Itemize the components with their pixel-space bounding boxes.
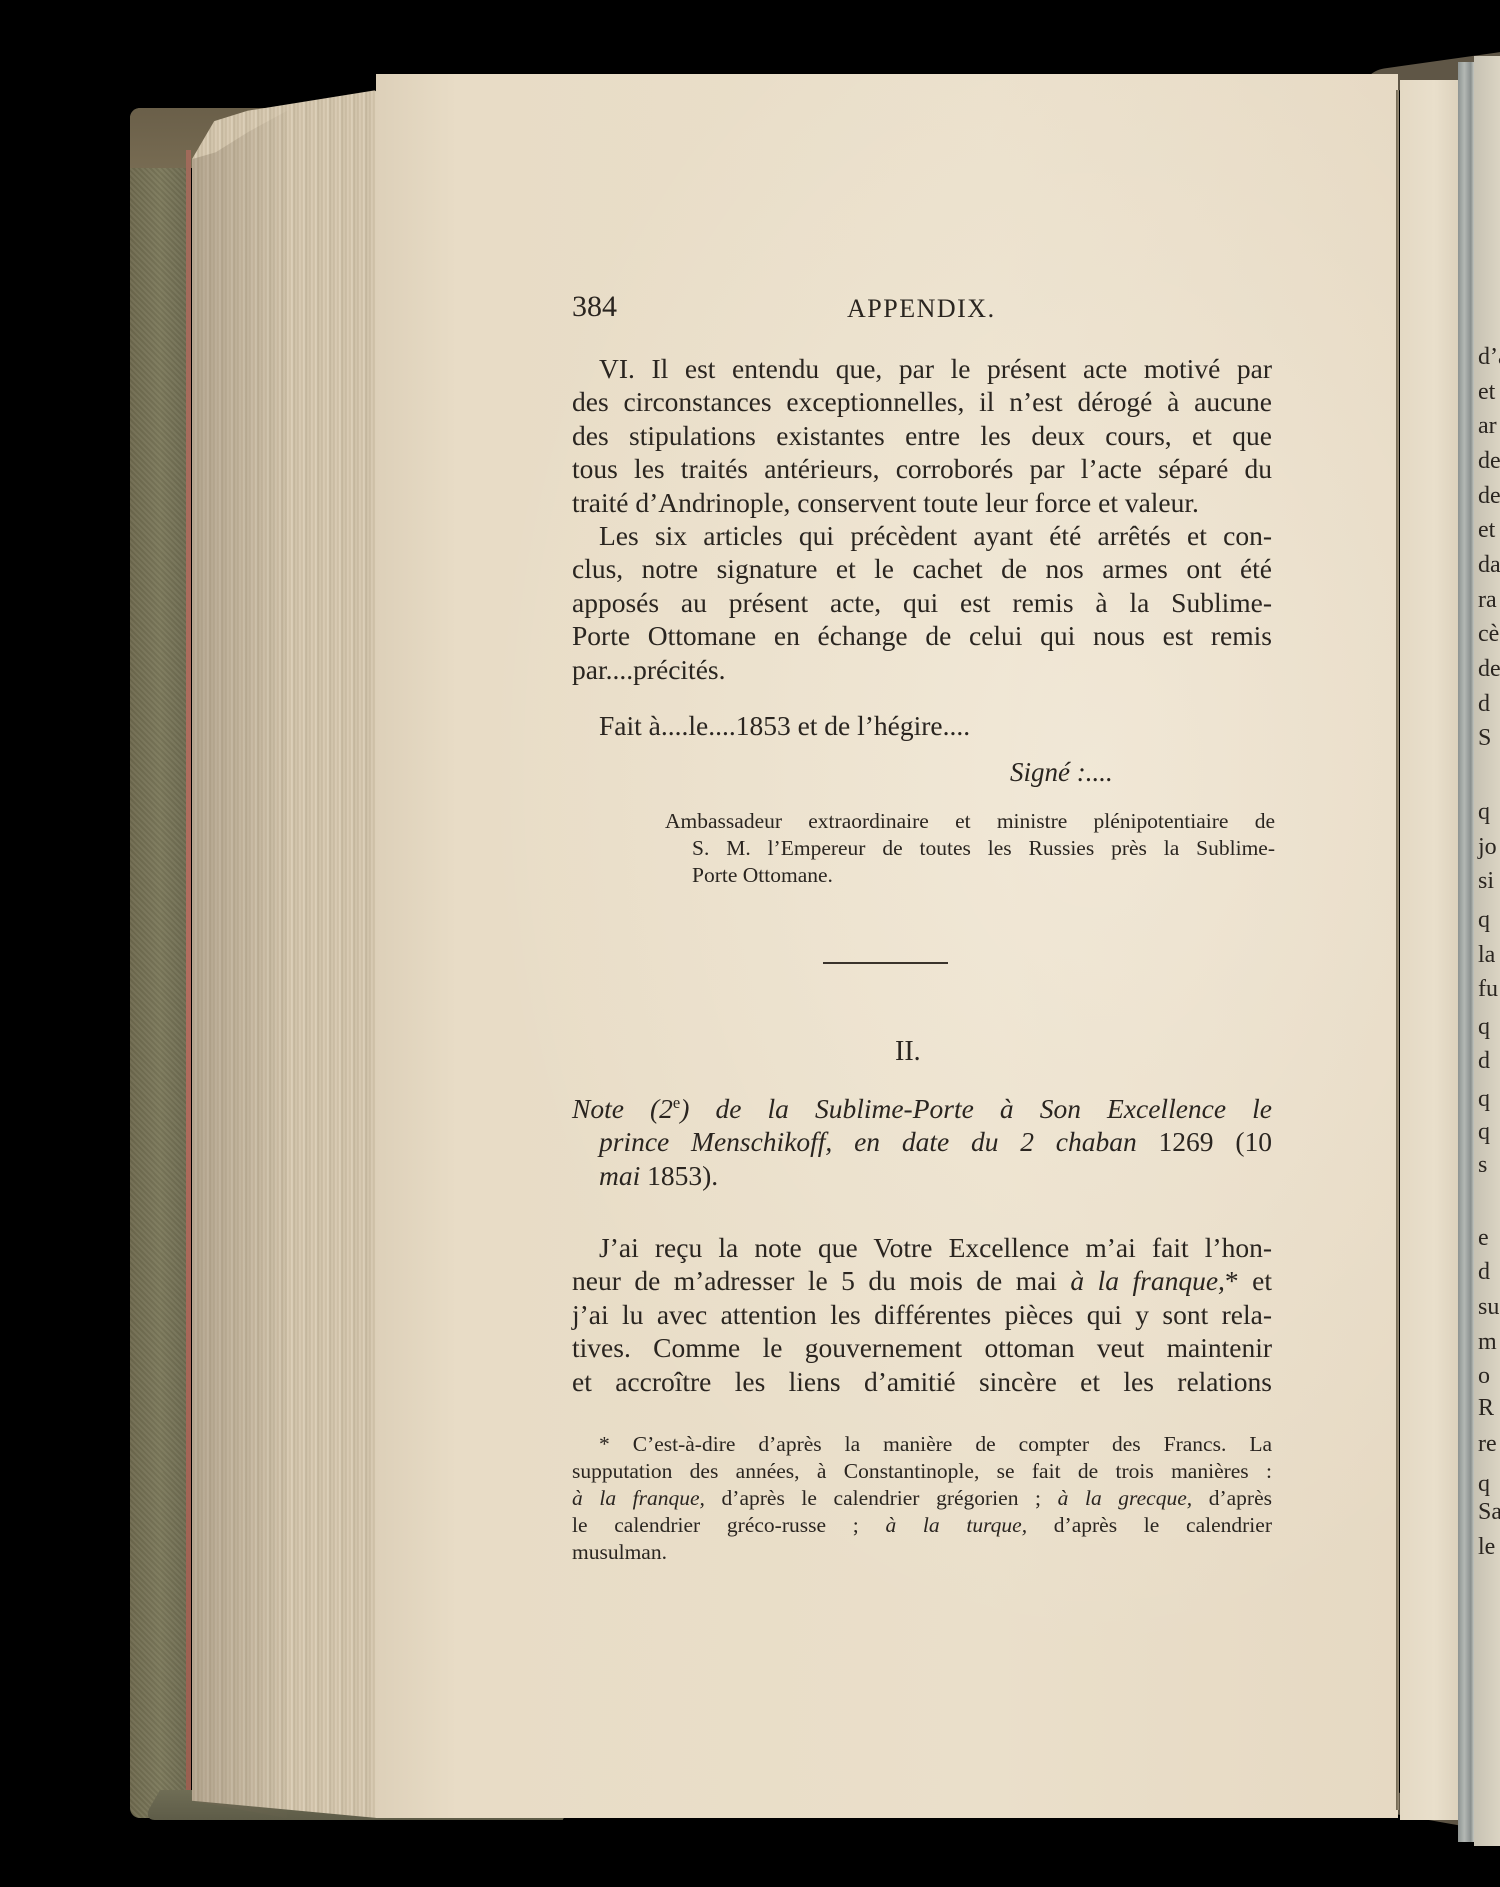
facing-page-fragment: s: [1478, 1153, 1487, 1177]
facing-page-fragment: ra: [1478, 588, 1497, 612]
facing-page-fragment: ar: [1478, 414, 1497, 438]
title-text: prince Menschikoff, en date du 2 chaban: [599, 1126, 1159, 1157]
title-text: ) de la Sublime-Porte à Son Excellence l…: [680, 1093, 1272, 1124]
facing-page-fragment: re: [1478, 1432, 1497, 1456]
facing-page-fragment: Sa: [1478, 1500, 1500, 1524]
facing-page-fragment: si: [1478, 869, 1494, 893]
title-text: Note (2: [572, 1093, 673, 1124]
text-line: et accroître les liens d’amitié sincère …: [572, 1365, 1272, 1398]
facing-page-fragment: jo: [1478, 835, 1497, 859]
text-line: Ambassadeur extraordinaire et ministre p…: [665, 808, 1275, 835]
facing-page-fragment: cè: [1478, 622, 1499, 646]
text-line: VI. Il est entendu que, par le présent a…: [572, 352, 1272, 385]
text-line: * C’est-à-dire d’après la manière de com…: [572, 1431, 1272, 1458]
facing-page-fragment: la: [1478, 943, 1495, 967]
color-calibration-bar: [1458, 62, 1474, 1842]
text-line: tous les traités antérieurs, corroborés …: [572, 452, 1272, 485]
title-line: mai 1853).: [572, 1159, 1272, 1192]
title-number: 1269 (10: [1159, 1126, 1272, 1157]
facing-page-fragment: o: [1478, 1364, 1490, 1388]
text-line: des stipulations existantes entre les de…: [572, 419, 1272, 452]
book-cover-left: [130, 108, 190, 1818]
title-line: Note (2e) de la Sublime-Porte à Son Exce…: [572, 1092, 1272, 1125]
text-line: des circonstances exceptionnelles, il n’…: [572, 385, 1272, 418]
facing-page-fragment: d: [1478, 692, 1490, 716]
text-line: J’ai reçu la note que Votre Excellence m…: [572, 1231, 1272, 1264]
facing-page-fragment: le: [1478, 1535, 1495, 1559]
facing-page-fragment: d: [1478, 1260, 1490, 1284]
text-line: Porte Ottomane.: [665, 862, 1275, 889]
text-run: neur de m’adresser le 5 du mois de mai: [572, 1265, 1070, 1296]
facing-page-fragment: m: [1478, 1330, 1497, 1354]
article-vi-paragraph: VI. Il est entendu que, par le présent a…: [572, 352, 1272, 519]
facing-page-fragment: su: [1478, 1295, 1499, 1319]
text-line: j’ai lu avec attention les différentes p…: [572, 1298, 1272, 1331]
facing-page-margin: [1400, 80, 1458, 1820]
page-header: 384 APPENDIX.: [572, 290, 1272, 330]
italic-run: à la franque,: [572, 1486, 705, 1510]
facing-page-fragment: de: [1478, 657, 1500, 681]
facing-page-fragment: de: [1478, 449, 1500, 473]
title-text: mai: [599, 1160, 647, 1191]
text-line: clus, notre signature et le cachet de no…: [572, 552, 1272, 585]
text-run: d’après le calendrier grégorien ;: [705, 1486, 1058, 1510]
section-divider: [823, 962, 948, 964]
text-line: S. M. l’Empereur de toutes les Russies p…: [665, 835, 1275, 862]
facing-page-fragment: q: [1478, 1120, 1490, 1144]
facing-page-fragment: d: [1478, 1049, 1490, 1073]
facing-page-fragment: et: [1478, 518, 1495, 542]
text-line: musulman.: [572, 1539, 1272, 1566]
facing-page-fragment: R: [1478, 1396, 1494, 1420]
text-run: d’après: [1192, 1486, 1272, 1510]
text-line: traité d’Andrinople, conservent toute le…: [572, 486, 1272, 519]
facing-page-fragment: de: [1478, 484, 1500, 508]
page-number: 384: [572, 290, 617, 324]
italic-run: à la grecque,: [1058, 1486, 1193, 1510]
title-line: prince Menschikoff, en date du 2 chaban …: [572, 1125, 1272, 1158]
text-run: d’après le calendrier: [1027, 1513, 1272, 1537]
facing-page-fragment: q: [1478, 908, 1490, 932]
facing-page-fragment: q: [1478, 1472, 1490, 1496]
italic-run: à la franque,: [1070, 1265, 1225, 1296]
facing-page-fragment: d’a: [1478, 345, 1500, 369]
text-line: Les six articles qui précèdent ayant été…: [572, 519, 1272, 552]
section-number: II.: [895, 1036, 921, 1068]
facing-page-fragment: da: [1478, 553, 1500, 577]
text-line: Fait à....le....1853 et de l’hégire....: [572, 709, 1272, 742]
text-line: par....précités.: [572, 653, 1272, 686]
text-line: supputation des années, à Constantinople…: [572, 1458, 1272, 1485]
text-line: apposés au présent acte, qui est remis à…: [572, 586, 1272, 619]
text-line: Porte Ottomane en échange de celui qui n…: [572, 619, 1272, 652]
facing-page-fragment: et: [1478, 380, 1495, 404]
text-line: à la franque, d’après le calendrier grég…: [572, 1485, 1272, 1512]
facing-page-fragment: S: [1478, 726, 1491, 750]
text-run: le calendrier gréco-russe ;: [572, 1513, 885, 1537]
signer-title: Ambassadeur extraordinaire et ministre p…: [665, 808, 1275, 889]
facing-page-fragment: fu: [1478, 977, 1498, 1001]
italic-run: à la turque,: [885, 1513, 1027, 1537]
text-line: tives. Comme le gouvernement ottoman veu…: [572, 1331, 1272, 1364]
facing-page-fragment: q: [1478, 1087, 1490, 1111]
running-head: APPENDIX.: [847, 294, 996, 324]
text-line: neur de m’adresser le 5 du mois de mai à…: [572, 1264, 1272, 1297]
page-block-shadow: [192, 90, 287, 1818]
footnote-marker: * et: [1225, 1265, 1272, 1296]
book-gutter: [1396, 90, 1399, 1810]
facing-page-fragment: q: [1478, 800, 1490, 824]
dateline: Fait à....le....1853 et de l’hégire....: [572, 709, 1272, 742]
title-number: 1853).: [647, 1160, 718, 1191]
section-title: Note (2e) de la Sublime-Porte à Son Exce…: [572, 1092, 1272, 1192]
closing-paragraph: Les six articles qui précèdent ayant été…: [572, 519, 1272, 686]
signature-label: Signé :....: [1010, 757, 1113, 788]
footnote: * C’est-à-dire d’après la manière de com…: [572, 1431, 1272, 1566]
red-page-edge: [186, 150, 191, 1790]
facing-page-fragment: e: [1478, 1226, 1489, 1250]
note-body-paragraph: J’ai reçu la note que Votre Excellence m…: [572, 1231, 1272, 1398]
facing-page-fragment: q: [1478, 1015, 1490, 1039]
text-line: le calendrier gréco-russe ; à la turque,…: [572, 1512, 1272, 1539]
